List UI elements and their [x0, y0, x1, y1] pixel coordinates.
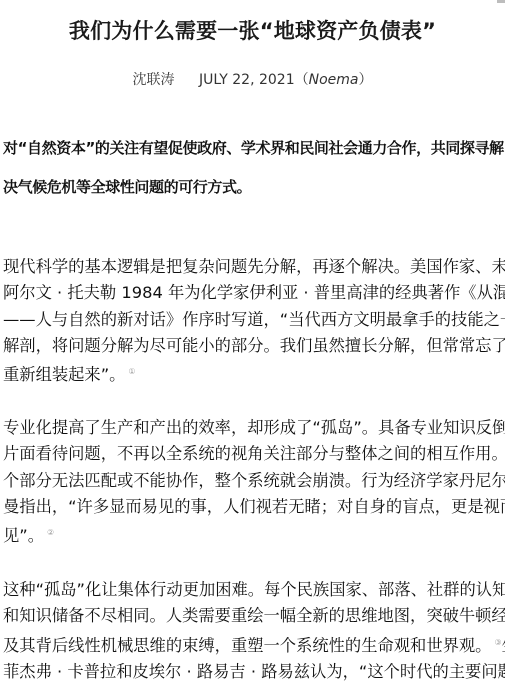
- text-line: 见”。②: [3, 520, 503, 549]
- text-line: 菲杰弗 · 卡普拉和皮埃尔 · 路易吉 · 路易兹认为，“这个时代的主要问题——: [3, 659, 503, 685]
- text-segment: 生态学家: [502, 636, 505, 655]
- article-lede: 对“自然资本”的关注有望促使政府、学术界和民间社会通力合作，共同探寻解 决气候危…: [3, 129, 503, 207]
- article-title: 我们为什么需要一张“地球资产负债表”: [0, 16, 505, 46]
- text-line: 解剖，将问题分解为尽可能小的部分。我们虽然擅长分解，但常常忘了把碎片: [3, 333, 503, 359]
- text-line: 及其背后线性机械思维的束缚，重塑一个系统性的生命观和世界观。③生态学家: [3, 630, 503, 659]
- footnote-marker-1[interactable]: ①: [128, 367, 135, 376]
- text-line: 现代科学的基本逻辑是把复杂问题先分解，再逐个解决。美国作家、未来学家: [3, 254, 503, 280]
- text-line: 专业化提高了生产和产出的效率，却形成了“孤岛”。具备专业知识反倒让人: [3, 415, 503, 441]
- text-line: 和知识储备不尽相同。人类需要重绘一幅全新的思维地图，突破牛顿经典科学: [3, 603, 503, 629]
- scrollbar-thumb[interactable]: [497, 0, 505, 3]
- publish-date: JULY 22, 2021: [199, 72, 295, 88]
- source-name: Noema: [309, 72, 359, 88]
- text-line: 个部分无法匹配或不能协作，整个系统就会崩溃。行为经济学家丹尼尔 · 卡尼: [3, 468, 503, 494]
- source-paren-close: ）: [359, 72, 373, 88]
- text-segment: 重新组装起来”。: [3, 365, 125, 384]
- text-line: ——人与自然的新对话》作序时写道，“当代西方文明最拿手的技能之一就是: [3, 307, 503, 333]
- paragraph-1: 现代科学的基本逻辑是把复杂问题先分解，再逐个解决。美国作家、未来学家 阿尔文 ·…: [3, 254, 503, 388]
- text-segment: 及其背后线性机械思维的束缚，重塑一个系统性的生命观和世界观。: [3, 636, 491, 655]
- text-line: 曼指出，“许多显而易见的事，人们视若无睹；对自身的盲点，更是视而不: [3, 494, 503, 520]
- text-line: 阿尔文 · 托夫勒 1984 年为化学家伊利亚 · 普里高津的经典著作《从混沌到…: [3, 280, 503, 306]
- text-line: 片面看待问题，不再以全系统的视角关注部分与整体之间的相互作用。一旦各: [3, 441, 503, 467]
- author-name: 沈联涛: [133, 72, 175, 88]
- text-line: 重新组装起来”。①: [3, 359, 503, 388]
- text-segment: 见”。: [3, 526, 44, 545]
- paragraph-2: 专业化提高了生产和产出的效率，却形成了“孤岛”。具备专业知识反倒让人 片面看待问…: [3, 415, 503, 549]
- lede-line: 对“自然资本”的关注有望促使政府、学术界和民间社会通力合作，共同探寻解: [3, 129, 503, 168]
- footnote-marker-2[interactable]: ②: [47, 528, 54, 537]
- byline: 沈联涛 JULY 22, 2021（Noema）: [0, 68, 505, 92]
- paragraph-3: 这种“孤岛”化让集体行动更加困难。每个民族国家、部落、社群的认知方式 和知识储备…: [3, 577, 503, 685]
- text-line: 这种“孤岛”化让集体行动更加困难。每个民族国家、部落、社群的认知方式: [3, 577, 503, 603]
- source-paren-open: （: [295, 72, 309, 88]
- lede-line: 决气候危机等全球性问题的可行方式。: [3, 168, 503, 207]
- footnote-marker-3[interactable]: ③: [494, 638, 501, 647]
